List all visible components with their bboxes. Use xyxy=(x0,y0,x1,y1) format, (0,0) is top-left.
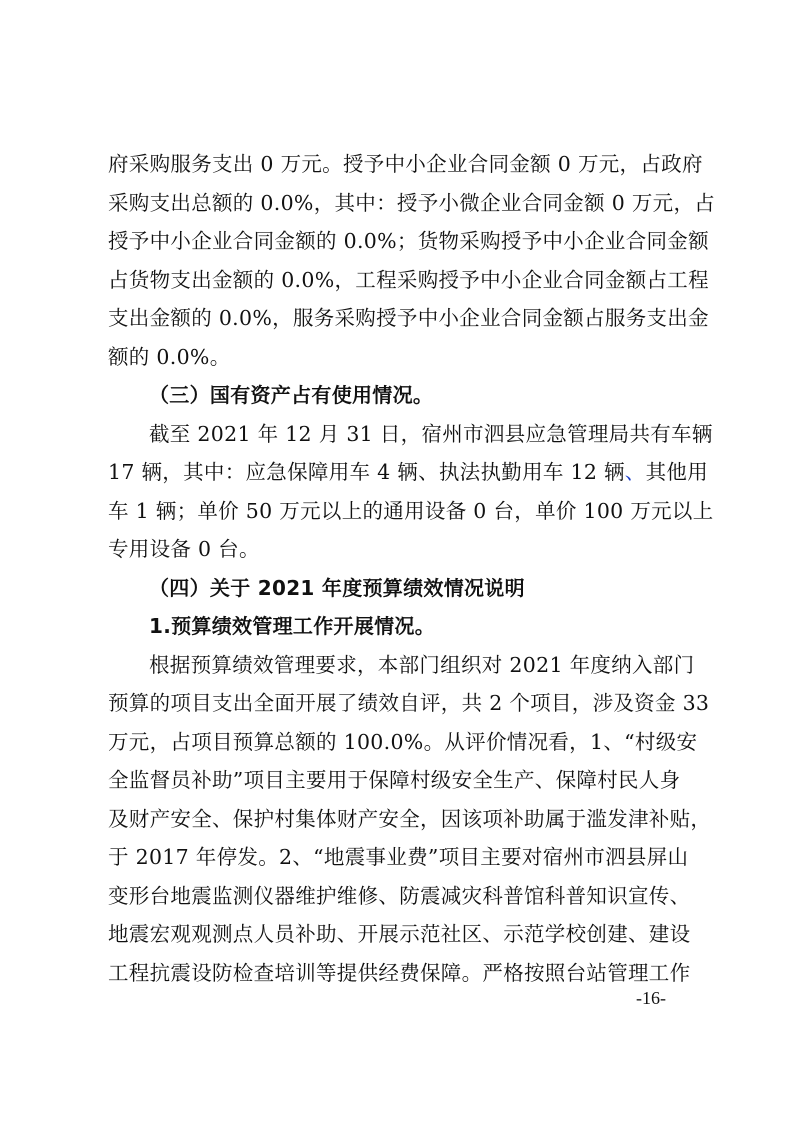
subsection-heading: 1.预算绩效管理工作开展情况。 xyxy=(108,607,686,646)
body-line: 车 1 辆；单价 50 万元以上的通用设备 0 台，单价 100 万元以上 xyxy=(108,492,686,531)
paragraph-first-line: 根据预算绩效管理要求，本部门组织对 2021 年度纳入部门 xyxy=(108,646,686,685)
body-line: 及财产安全、保护村集体财产安全，因该项补助属于滥发津补贴， xyxy=(108,800,686,839)
body-line: 授予中小企业合同金额的 0.0%；货物采购授予中小企业合同金额 xyxy=(108,222,686,261)
body-line: 17 辆，其中：应急保障用车 4 辆、执法执勤用车 12 辆、其他用 xyxy=(108,453,686,492)
body-line: 采购支出总额的 0.0%，其中：授予小微企业合同金额 0 万元，占 xyxy=(108,184,686,223)
body-line: 支出金额的 0.0%，服务采购授予中小企业合同金额占服务支出金 xyxy=(108,299,686,338)
body-line: 预算的项目支出全面开展了绩效自评，共 2 个项目，涉及资金 33 xyxy=(108,684,686,723)
body-line: 府采购服务支出 0 万元。授予中小企业合同金额 0 万元，占政府 xyxy=(108,145,686,184)
paragraph-first-line: 截至 2021 年 12 月 31 日，宿州市泗县应急管理局共有车辆 xyxy=(108,415,686,454)
text-span: 其他用 xyxy=(646,460,708,484)
document-page: 府采购服务支出 0 万元。授予中小企业合同金额 0 万元，占政府 采购支出总额的… xyxy=(108,145,686,992)
body-line: 全监督员补助”项目主要用于保障村级安全生产、保障村民人身 xyxy=(108,761,686,800)
body-line: 地震宏观观测点人员补助、开展示范社区、示范学校创建、建设 xyxy=(108,915,686,954)
body-line: 于 2017 年停发。2、“地震事业费”项目主要对宿州市泗县屏山 xyxy=(108,838,686,877)
body-line: 占货物支出金额的 0.0%，工程采购授予中小企业合同金额占工程 xyxy=(108,261,686,300)
body-line: 专用设备 0 台。 xyxy=(108,530,686,569)
body-line: 额的 0.0%。 xyxy=(108,338,686,377)
body-line: 变形台地震监测仪器维护维修、防震减灾科普馆科普知识宣传、 xyxy=(108,877,686,916)
section-heading-assets: （三）国有资产占有使用情况。 xyxy=(108,376,686,415)
section-heading-performance: （四）关于 2021 年度预算绩效情况说明 xyxy=(108,569,686,608)
page-number: -16- xyxy=(636,988,666,1009)
body-line: 工程抗震设防检查培训等提供经费保障。严格按照台站管理工作 xyxy=(108,954,686,993)
highlighted-comma: 、 xyxy=(625,460,646,484)
body-line: 万元，占项目预算总额的 100.0%。从评价情况看，1、“村级安 xyxy=(108,723,686,762)
text-span: 17 辆，其中：应急保障用车 4 辆、执法执勤用车 12 辆 xyxy=(108,460,625,484)
